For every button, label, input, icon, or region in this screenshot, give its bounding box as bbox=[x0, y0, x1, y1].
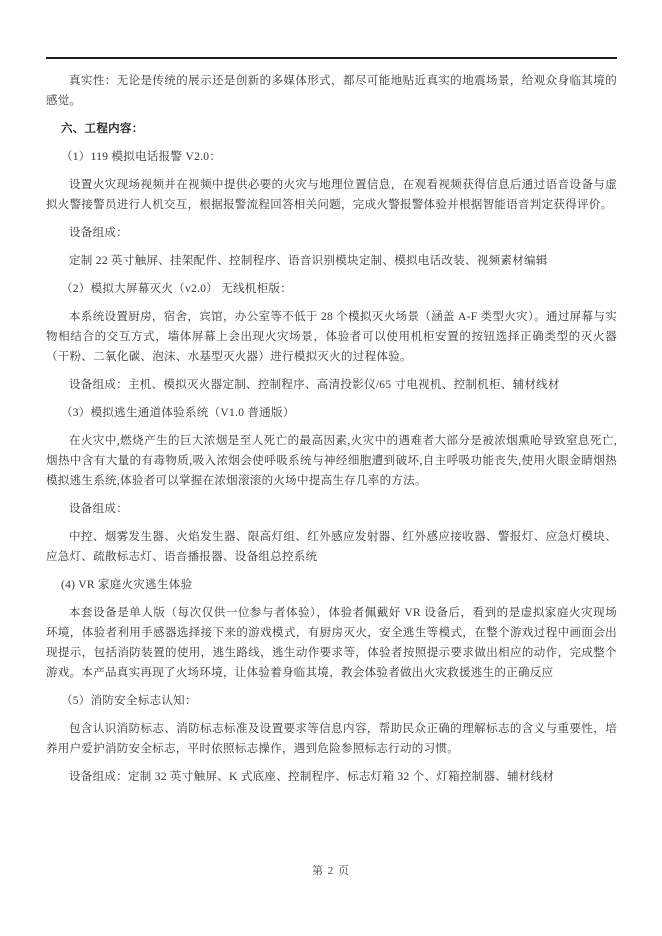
section-heading: 六、工程内容： bbox=[46, 119, 617, 139]
paragraph: 包含认识消防标志、消防标志标准及设置要求等信息内容，帮助民众正确的理解标志的含义… bbox=[46, 719, 617, 759]
item-heading: (4) VR 家庭火灾逃生体验 bbox=[46, 575, 617, 595]
paragraph: 本系统设置厨房，宿舍，宾馆，办公室等不低于 28 个模拟灭火场景（涵盖 A-F … bbox=[46, 307, 617, 367]
document-body: 真实性：无论是传统的展示还是创新的多媒体形式，都尽可能地贴近真实的地震场景，给观… bbox=[46, 71, 617, 795]
paragraph: 设备组成：定制 32 英寸触屏、K 式底座、控制程序、标志灯箱 32 个、灯箱控… bbox=[46, 767, 617, 787]
document-page: 真实性：无论是传统的展示还是创新的多媒体形式，都尽可能地贴近真实的地震场景，给观… bbox=[0, 0, 662, 936]
paragraph: 真实性：无论是传统的展示还是创新的多媒体形式，都尽可能地贴近真实的地震场景，给观… bbox=[46, 71, 617, 111]
item-heading: （1）119 模拟电话报警 V2.0： bbox=[46, 147, 617, 167]
header-rule bbox=[46, 57, 617, 59]
paragraph: 设置火灾现场视频并在视频中提供必要的火灾与地理位置信息，在观看视频获得信息后通过… bbox=[46, 175, 617, 215]
paragraph: 在火灾中,燃烧产生的巨大浓烟是至人死亡的最高因素,火灾中的遇难者大部分是被浓烟熏… bbox=[46, 431, 617, 491]
item-heading: （5）消防安全标志认知： bbox=[46, 691, 617, 711]
paragraph: 设备组成： bbox=[46, 499, 617, 519]
paragraph: 中控、烟雾发生器、火焰发生器、限高灯组、红外感应发射器、红外感应接收器、警报灯、… bbox=[46, 527, 617, 567]
paragraph: 设备组成：主机、模拟灭火器定制、控制程序、高清投影仪/65 寸电视机、控制机柜、… bbox=[46, 375, 617, 395]
page-number: 第 2 页 bbox=[0, 862, 662, 878]
paragraph: 设备组成： bbox=[46, 223, 617, 243]
paragraph: 定制 22 英寸触屏、挂架配件、控制程序、语音识别模块定制、模拟电话改装、视频素… bbox=[46, 251, 617, 271]
item-heading: （3）模拟逃生通道体验系统（V1.0 普通版） bbox=[46, 403, 617, 423]
paragraph: 本套设备是单人版（每次仅供一位参与者体验），体验者佩戴好 VR 设备后，看到的是… bbox=[46, 603, 617, 683]
item-heading: （2）模拟大屏幕灭火（v2.0） 无线机柜版： bbox=[46, 279, 617, 299]
